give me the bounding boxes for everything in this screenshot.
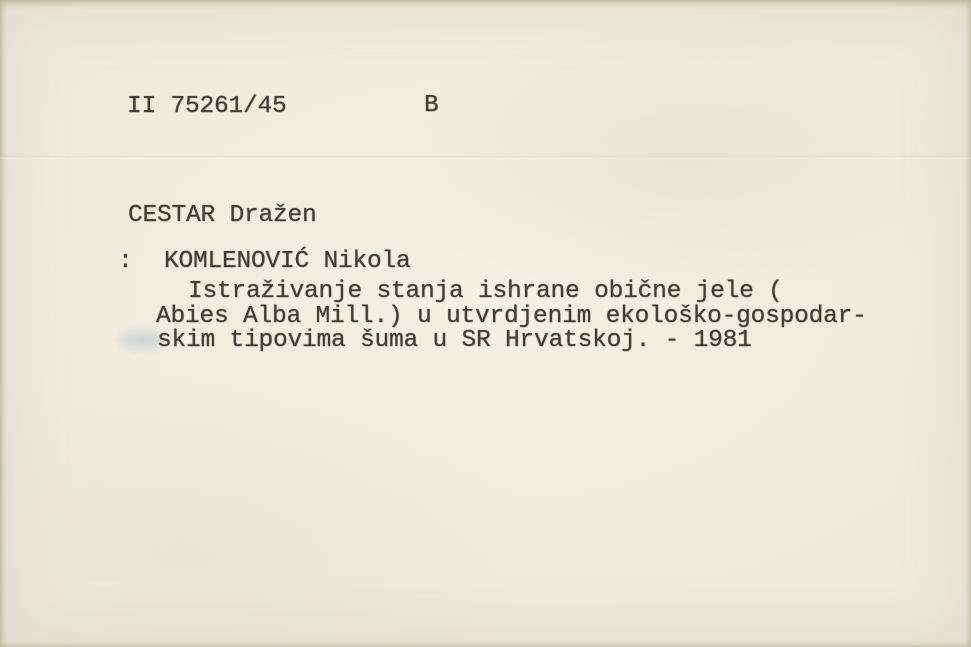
section-letter: B — [424, 93, 439, 118]
title-line: skim tipovima šuma u SR Hrvatskoj. - 198… — [157, 328, 752, 353]
catalog-card-scan: II 75261/45 B CESTAR Dražen : KOMLENOVIĆ… — [0, 0, 971, 647]
call-number: II 75261/45 — [127, 94, 287, 119]
horizontal-crease — [0, 155, 971, 159]
added-entry-separator: : — [118, 249, 133, 274]
title-line: Abies Alba Mill.) u utvrdjenim ekološko-… — [156, 304, 867, 329]
title-line: Istraživanje stanja ishrane obične jele … — [188, 279, 783, 304]
added-entry-author: KOMLENOVIĆ Nikola — [164, 249, 411, 274]
main-heading-author: CESTAR Dražen — [128, 203, 317, 228]
